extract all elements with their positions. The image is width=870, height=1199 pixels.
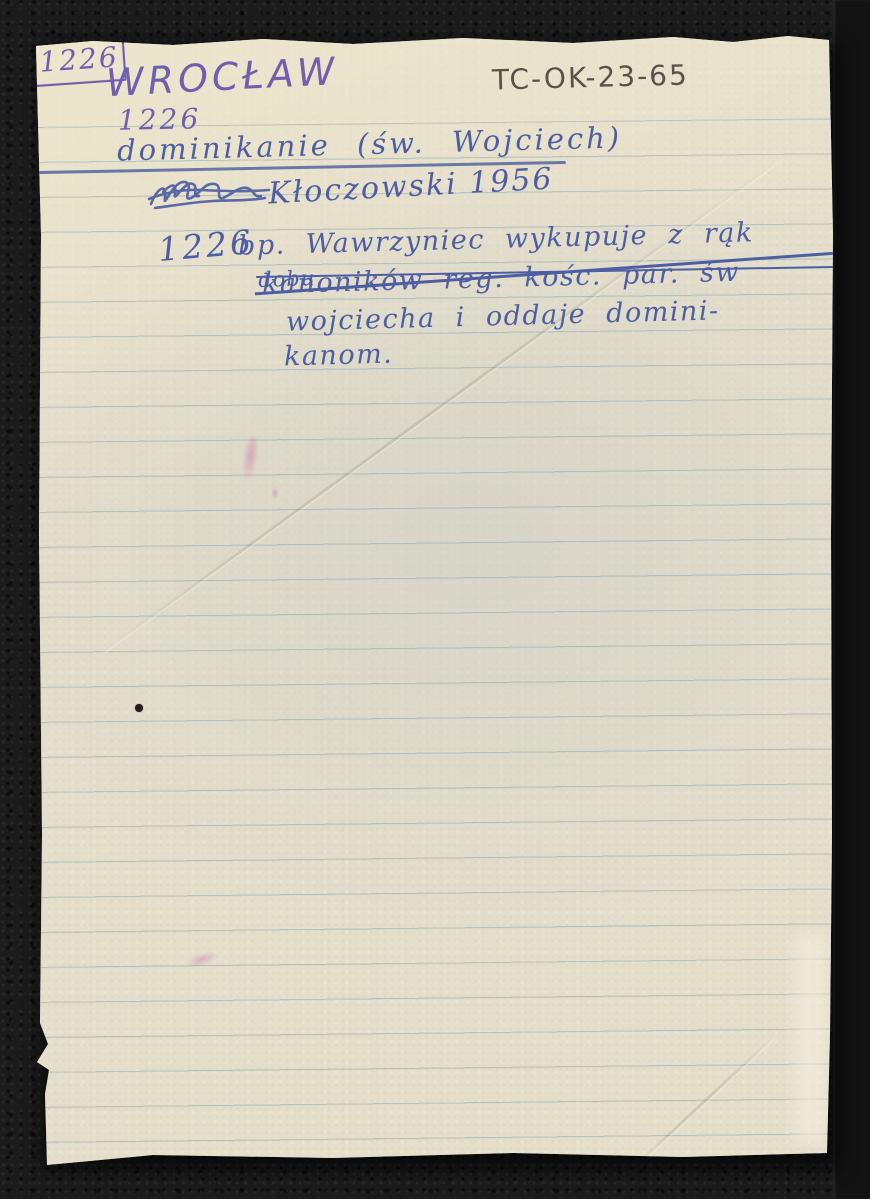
ink-speck (135, 704, 143, 712)
entry-line-4: kanom. (284, 339, 394, 373)
worn-edge (795, 934, 827, 1144)
city-title: WROCŁAW (105, 49, 340, 105)
scribbled-out-word (145, 172, 275, 218)
paper-sheet: WROCŁAW 1226 TC-OK-23-65 1226 dominikani… (33, 34, 836, 1168)
pink-stain-dot (271, 486, 279, 500)
boxed-year-value: 1226 (38, 40, 119, 78)
catalog-code: TC-OK-23-65 (492, 58, 690, 96)
